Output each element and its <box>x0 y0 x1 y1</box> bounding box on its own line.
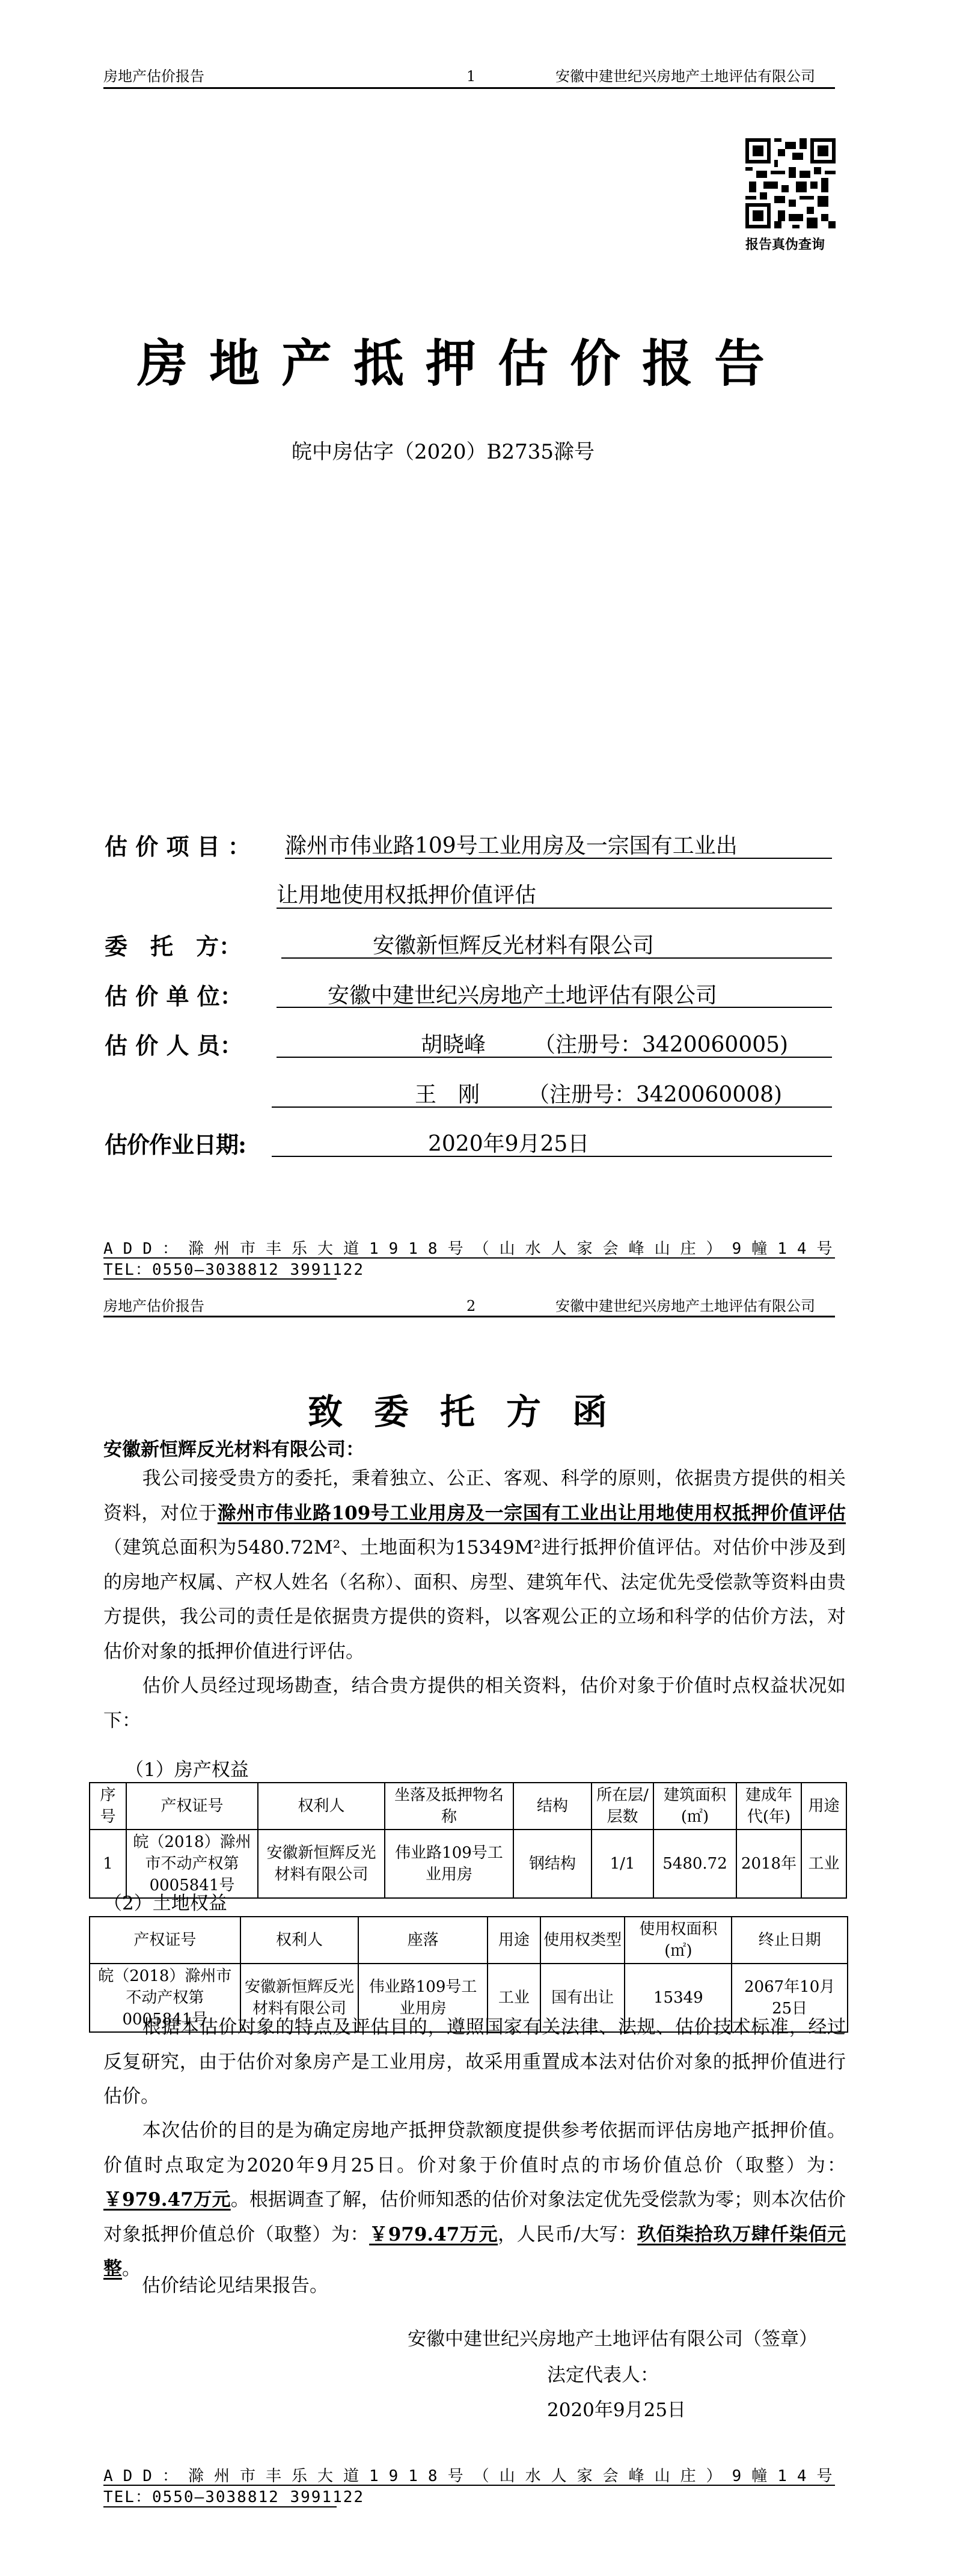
appraiser-1-underline <box>277 1057 832 1058</box>
appraiser-org-label: 估 价 单 位： <box>105 983 243 1010</box>
appraisal-subject: 滁州市伟业路109号工业用房及一宗国有工业出让用地使用权抵押价值评估 <box>218 1503 846 1524</box>
house-rights-title: （1）房产权益 <box>125 1758 249 1782</box>
para4-c: ，人民币/大写： <box>498 2224 637 2245</box>
cell: 皖（2018）滁州市不动产权第0005841号 <box>126 1830 258 1898</box>
cell: 钢结构 <box>513 1830 592 1898</box>
footer-tel-underline <box>103 1278 337 1280</box>
qr-caption: 报告真伪查询 <box>745 234 825 253</box>
cell: 1/1 <box>592 1830 653 1898</box>
header-right: 安徽中建世纪兴房地产土地评估有限公司 <box>555 67 815 85</box>
col-header: 所在层/层数 <box>592 1783 653 1830</box>
header-left: 房地产估价报告 <box>103 1297 204 1315</box>
col-header: 用途 <box>488 1917 540 1964</box>
col-header: 结构 <box>513 1783 592 1830</box>
report-title: 房地产抵押估价报告 <box>137 334 786 394</box>
cell: 伟业路109号工业用房 <box>385 1830 513 1898</box>
col-header: 座落 <box>358 1917 488 1964</box>
para5-text: 估价结论见结果报告。 <box>142 2275 328 2297</box>
client-value: 安徽新恒辉反光材料有限公司 <box>373 933 654 959</box>
appraisers-label: 估 价 人 员： <box>105 1032 243 1060</box>
report-number: 皖中房估字（2020）B2735滁号 <box>292 440 595 464</box>
appraiser-2-reg: （注册号：3420060008) <box>528 1082 782 1108</box>
appraiser-org-underline <box>277 1007 832 1008</box>
project-value-line2: 让用地使用权抵押价值评估 <box>277 882 536 909</box>
cell: 5480.72 <box>653 1830 736 1898</box>
col-header: 权利人 <box>258 1783 385 1830</box>
paragraph-commission: 我公司接受贵方的委托，秉着独立、公正、客观、科学的原则，依据贵方提供的相关资料，… <box>103 1462 846 1669</box>
col-header: 建成年代(年) <box>736 1783 801 1830</box>
col-header: 用途 <box>801 1783 846 1830</box>
col-header: 产权证号 <box>126 1783 258 1830</box>
cell: 2018年 <box>736 1830 801 1898</box>
col-header: 坐落及抵押物名称 <box>385 1783 513 1830</box>
signature-rep-label: 法定代表人： <box>547 2361 659 2390</box>
page-number: 2 <box>466 1297 475 1315</box>
footer-address: ADD：滁州市丰乐大道1918号（山水人家会峰山庄）9幢14号 <box>103 1240 835 1258</box>
cell: 1 <box>90 1830 126 1898</box>
work-date-label: 估价作业日期: <box>105 1131 246 1159</box>
project-underline-1 <box>285 858 832 859</box>
col-header: 终止日期 <box>732 1917 848 1964</box>
footer-address-underline <box>103 2485 835 2486</box>
project-value-line1: 滁州市伟业路109号工业用房及一宗国有工业出 <box>285 833 738 859</box>
work-date-value: 2020年9月25日 <box>428 1131 589 1158</box>
col-header: 权利人 <box>240 1917 359 1964</box>
col-header: 产权证号 <box>90 1917 240 1964</box>
appraiser-2-name: 王 刚 <box>415 1082 480 1108</box>
footer-tel-underline <box>103 2506 337 2507</box>
letter-title: 致委托方函 <box>308 1392 638 1432</box>
appraiser-2-underline <box>272 1106 832 1108</box>
para1-c: （建筑总面积为5480.72M²、土地面积为15349M²进行抵押价值评估。对估… <box>103 1537 846 1662</box>
project-underline-2 <box>277 908 832 909</box>
land-rights-title: （2）土地权益 <box>103 1891 227 1915</box>
paragraph-survey: 估价人员经过现场勘查，结合贵方提供的相关资料，估价对象于价值时点权益状况如下： <box>103 1669 846 1738</box>
header-left: 房地产估价报告 <box>103 67 204 85</box>
footer-tel: TEL：0550—3038812 3991122 <box>103 2488 364 2506</box>
table-row: 1 皖（2018）滁州市不动产权第0005841号 安徽新恒辉反光材料有限公司 … <box>90 1830 846 1898</box>
project-label: 估 价 项 目 ： <box>105 833 251 861</box>
col-header: 建筑面积(㎡) <box>653 1783 736 1830</box>
client-label: 委 托 方： <box>105 933 242 960</box>
table-header-row: 产权证号 权利人 座落 用途 使用权类型 使用权面积(㎡) 终止日期 <box>90 1917 848 1964</box>
qr-code-icon[interactable] <box>745 138 836 228</box>
cell: 安徽新恒辉反光材料有限公司 <box>258 1830 385 1898</box>
work-date-underline <box>272 1156 832 1157</box>
footer-address-underline <box>103 1257 835 1259</box>
mortgage-value: ￥979.47万元 <box>369 2224 498 2245</box>
col-header: 使用权类型 <box>540 1917 625 1964</box>
header-rule <box>103 1316 835 1317</box>
market-value: ￥979.47万元 <box>103 2189 231 2211</box>
paragraph-valuation: 本次估价的目的是为确定房地产抵押贷款额度提供参考依据而评估房地产抵押价值。价值时… <box>103 2114 846 2287</box>
cell: 工业 <box>801 1830 846 1898</box>
appraiser-1-name: 胡晓峰 <box>421 1032 486 1058</box>
header-rule <box>103 87 835 89</box>
house-rights-table: 序号 产权证号 权利人 坐落及抵押物名称 结构 所在层/层数 建筑面积(㎡) 建… <box>89 1782 847 1899</box>
footer-tel: TEL：0550—3038812 3991122 <box>103 1261 364 1279</box>
footer-address: ADD：滁州市丰乐大道1918号（山水人家会峰山庄）9幢14号 <box>103 2467 835 2485</box>
paragraph-conclusion: 估价结论见结果报告。 <box>103 2269 846 2304</box>
appraiser-org-value: 安徽中建世纪兴房地产土地评估有限公司 <box>328 983 717 1009</box>
page-number: 1 <box>466 67 475 85</box>
para4-a: 本次估价的目的是为确定房地产抵押贷款额度提供参考依据而评估房地产抵押价值。价值时… <box>103 2120 846 2176</box>
client-underline <box>281 957 832 959</box>
paragraph-method: 根据本估价对象的特点及评估目的，遵照国家有关法律、法规、估价技术标准，经过反复研… <box>103 2010 846 2114</box>
appraiser-1-reg: （注册号：3420060005) <box>534 1032 788 1058</box>
col-header: 使用权面积(㎡) <box>625 1917 732 1964</box>
signature-date: 2020年9月25日 <box>547 2396 686 2425</box>
header-right: 安徽中建世纪兴房地产土地评估有限公司 <box>555 1297 815 1315</box>
salutation: 安徽新恒辉反光材料有限公司： <box>103 1438 364 1462</box>
para2-text: 估价人员经过现场勘查，结合贵方提供的相关资料，估价对象于价值时点权益状况如下： <box>103 1675 846 1732</box>
para3-text: 根据本估价对象的特点及评估目的，遵照国家有关法律、法规、估价技术标准，经过反复研… <box>103 2016 846 2107</box>
col-header: 序号 <box>90 1783 126 1830</box>
table-header-row: 序号 产权证号 权利人 坐落及抵押物名称 结构 所在层/层数 建筑面积(㎡) 建… <box>90 1783 846 1830</box>
signature-company: 安徽中建世纪兴房地产土地评估有限公司（签章） <box>408 2325 818 2354</box>
